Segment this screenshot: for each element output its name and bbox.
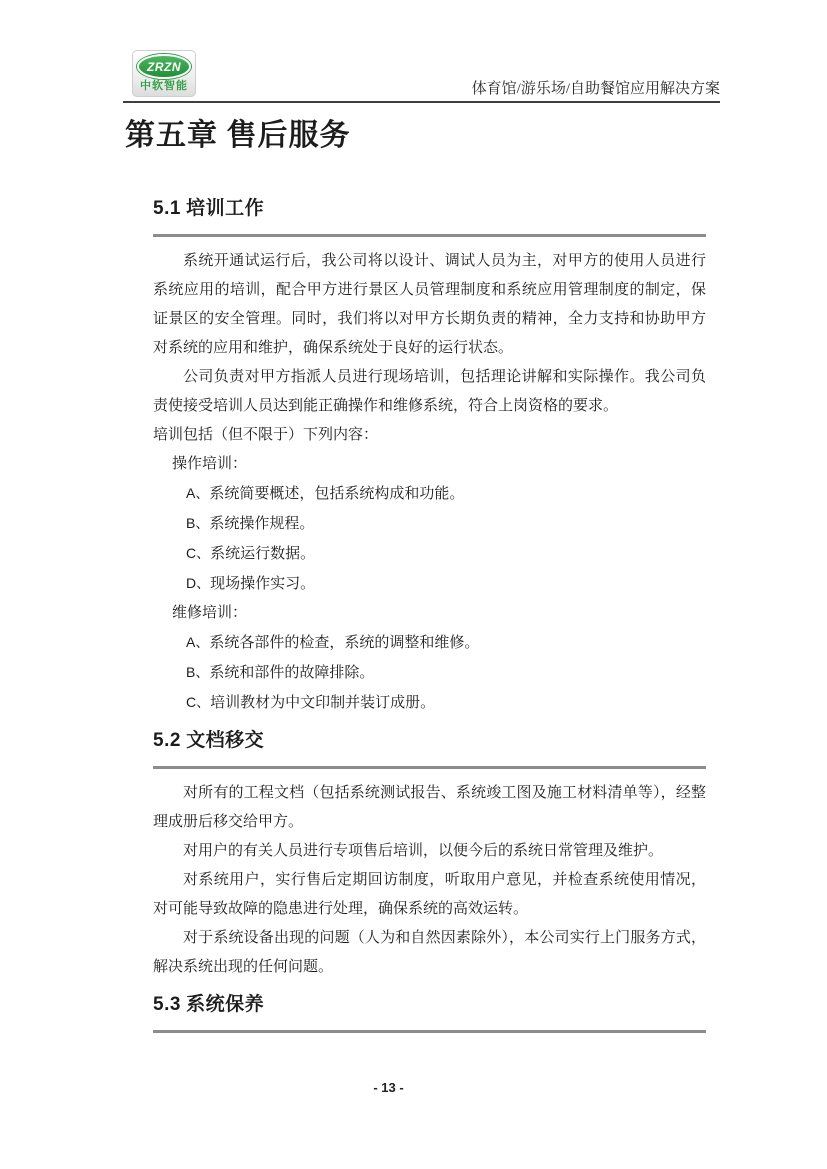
item-text: 系统各部件的检查，系统的调整和维修。 bbox=[209, 635, 479, 651]
company-logo: ZRZN 中软智能 bbox=[132, 50, 198, 97]
maintenance-training-label: 维修培训： bbox=[153, 599, 706, 628]
paragraph: 对系统用户，实行售后定期回访制度，听取用户意见，并检查系统使用情况，对可能导致故… bbox=[153, 866, 706, 924]
section-heading-5-3: 5.3 系统保养 bbox=[153, 992, 706, 1018]
item-text: 系统和部件的故障排除。 bbox=[209, 665, 374, 681]
training-list-item: A、系统简要概述，包括系统构成和功能。 bbox=[153, 479, 706, 509]
section-divider bbox=[153, 1030, 706, 1033]
section-divider bbox=[153, 766, 706, 769]
training-content-intro: 培训包括（但不限于）下列内容： bbox=[153, 421, 706, 450]
paragraph: 公司负责对甲方指派人员进行现场培训，包括理论讲解和实际操作。我公司负责使接受培训… bbox=[153, 363, 706, 421]
item-letter: C、 bbox=[186, 545, 210, 561]
training-list-item: B、系统和部件的故障排除。 bbox=[153, 658, 706, 688]
section-title-text: 培训工作 bbox=[186, 198, 264, 219]
item-letter: C、 bbox=[186, 694, 210, 710]
paragraph: 系统开通试运行后，我公司将以设计、调试人员为主，对甲方的使用人员进行系统应用的培… bbox=[153, 247, 706, 363]
training-list-item: B、系统操作规程。 bbox=[153, 509, 706, 539]
document-page: ZRZN 中软智能 体育馆/游乐场/自助餐馆应用解决方案 第五章 售后服务 5.… bbox=[0, 0, 827, 1169]
document-title: 体育馆/游乐场/自助餐馆应用解决方案 bbox=[472, 77, 720, 98]
logo-badge-text: ZRZN bbox=[147, 61, 181, 73]
page-number: - 13 - bbox=[373, 1080, 403, 1095]
item-text: 培训教材为中文印制并装订成册。 bbox=[210, 695, 435, 711]
training-list-item: D、现场操作实习。 bbox=[153, 569, 706, 599]
document-body: 5.1 培训工作 系统开通试运行后，我公司将以设计、调试人员为主，对甲方的使用人… bbox=[153, 196, 706, 1043]
paragraph: 对于系统设备出现的问题（人为和自然因素除外），本公司实行上门服务方式，解决系统出… bbox=[153, 924, 706, 982]
item-letter: A、 bbox=[186, 485, 209, 501]
item-letter: B、 bbox=[186, 515, 209, 531]
paragraph: 对用户的有关人员进行专项售后培训，以便今后的系统日常管理及维护。 bbox=[153, 837, 706, 866]
operation-training-label: 操作培训： bbox=[153, 450, 706, 479]
section-title-text: 文档移交 bbox=[186, 730, 264, 751]
item-text: 系统运行数据。 bbox=[210, 546, 315, 562]
item-letter: D、 bbox=[186, 575, 210, 591]
logo-oval-icon: ZRZN bbox=[137, 54, 191, 79]
section-number: 5.3 bbox=[153, 994, 181, 1015]
section-title-text: 系统保养 bbox=[186, 994, 264, 1015]
section-heading-5-1: 5.1 培训工作 bbox=[153, 196, 706, 222]
chapter-title: 第五章 售后服务 bbox=[125, 116, 351, 155]
logo-company-name: 中软智能 bbox=[133, 80, 195, 93]
item-text: 现场操作实习。 bbox=[210, 576, 315, 592]
item-text: 系统简要概述，包括系统构成和功能。 bbox=[209, 486, 464, 502]
page-footer: - 13 - bbox=[0, 1080, 777, 1095]
training-list-item: C、系统运行数据。 bbox=[153, 539, 706, 569]
item-letter: A、 bbox=[186, 634, 209, 650]
page-header: ZRZN 中软智能 体育馆/游乐场/自助餐馆应用解决方案 bbox=[123, 0, 720, 103]
training-list-item: A、系统各部件的检查，系统的调整和维修。 bbox=[153, 628, 706, 658]
item-text: 系统操作规程。 bbox=[209, 516, 314, 532]
item-letter: B、 bbox=[186, 664, 209, 680]
logo-badge: ZRZN 中软智能 bbox=[132, 50, 196, 97]
section-heading-5-2: 5.2 文档移交 bbox=[153, 728, 706, 754]
paragraph: 对所有的工程文档（包括系统测试报告、系统竣工图及施工材料清单等），经整理成册后移… bbox=[153, 779, 706, 837]
section-number: 5.2 bbox=[153, 730, 181, 751]
training-list-item: C、培训教材为中文印制并装订成册。 bbox=[153, 688, 706, 718]
section-number: 5.1 bbox=[153, 198, 181, 219]
section-divider bbox=[153, 234, 706, 237]
